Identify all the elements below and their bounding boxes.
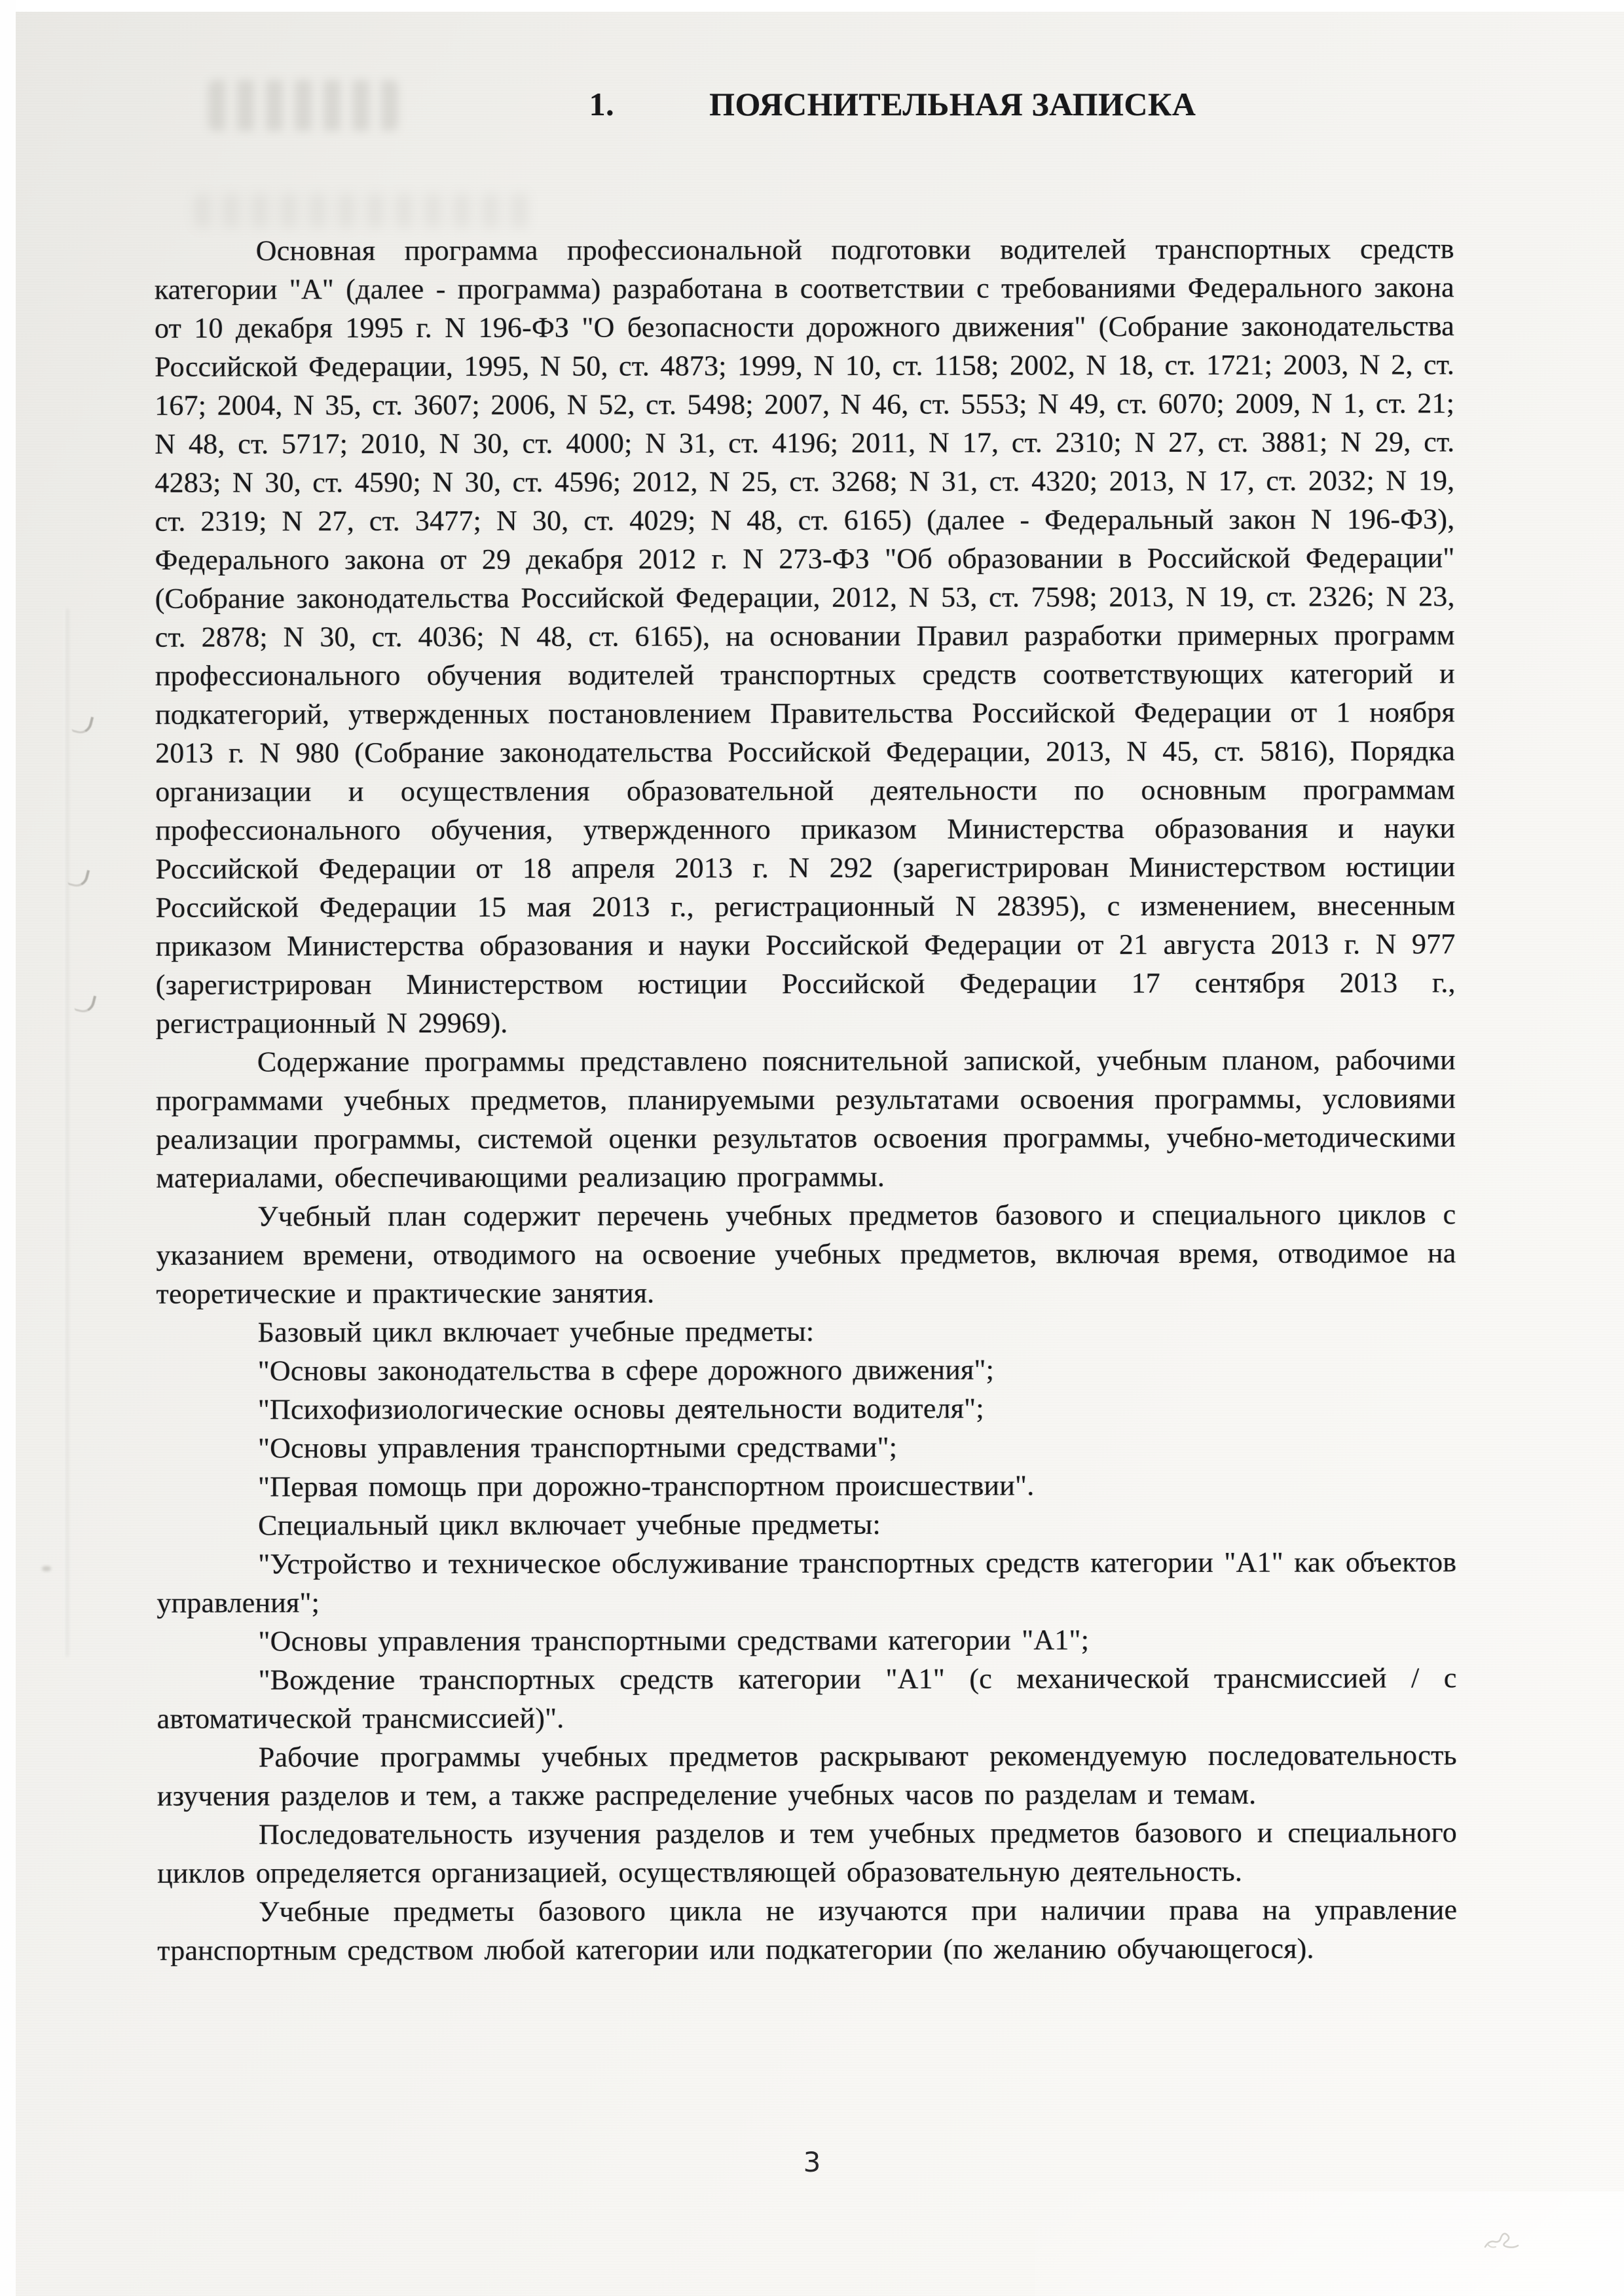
paragraph: Основная программа профессиональной подг… — [155, 229, 1456, 1042]
scanner-edge-top — [0, 0, 1624, 12]
page-number: 3 — [0, 2146, 1624, 2178]
paragraph: "Основы законодательства в сфере дорожно… — [157, 1349, 1456, 1390]
paragraph: Содержание программы представлено поясни… — [156, 1040, 1456, 1197]
scanner-edge-left — [0, 0, 16, 2296]
paragraph: "Основы управления транспортными средств… — [157, 1620, 1456, 1660]
scanner-edge-bottom-right — [1035, 2191, 1624, 2296]
section-number: 1. — [589, 86, 615, 122]
bleed-through-smudge — [194, 194, 534, 228]
paper-fold-shadow — [64, 609, 69, 1656]
paragraph: "Первая помощь при дорожно-транспортном … — [157, 1465, 1456, 1506]
pencil-scribble — [1481, 2227, 1523, 2260]
section-title: ПОЯСНИТЕЛЬНАЯ ЗАПИСКА — [709, 86, 1196, 122]
paragraph: Базовый цикл включает учебные предметы: — [157, 1311, 1456, 1351]
scanned-page: 1.ПОЯСНИТЕЛЬНАЯ ЗАПИСКА Основная програм… — [0, 0, 1624, 2296]
paragraph: Последовательность изучения разделов и т… — [157, 1813, 1457, 1892]
paragraph: "Основы управления транспортными средств… — [157, 1427, 1456, 1467]
document-body: Основная программа профессиональной подг… — [155, 229, 1458, 1969]
paragraph: Учебный план содержит перечень учебных п… — [156, 1195, 1456, 1313]
paragraph: "Психофизиологические основы деятельност… — [157, 1388, 1456, 1429]
paragraph: Учебные предметы базового цикла не изуча… — [157, 1890, 1457, 1969]
paragraph: Специальный цикл включает учебные предме… — [157, 1504, 1456, 1544]
paragraph: "Вождение транспортных средств категории… — [157, 1658, 1456, 1738]
paragraph: Рабочие программы учебных предметов раск… — [157, 1736, 1457, 1815]
paragraph: "Устройство и техническое обслуживание т… — [157, 1542, 1456, 1622]
section-heading: 1.ПОЯСНИТЕЛЬНАЯ ЗАПИСКА — [81, 85, 1624, 123]
scan-speck — [42, 1566, 51, 1571]
